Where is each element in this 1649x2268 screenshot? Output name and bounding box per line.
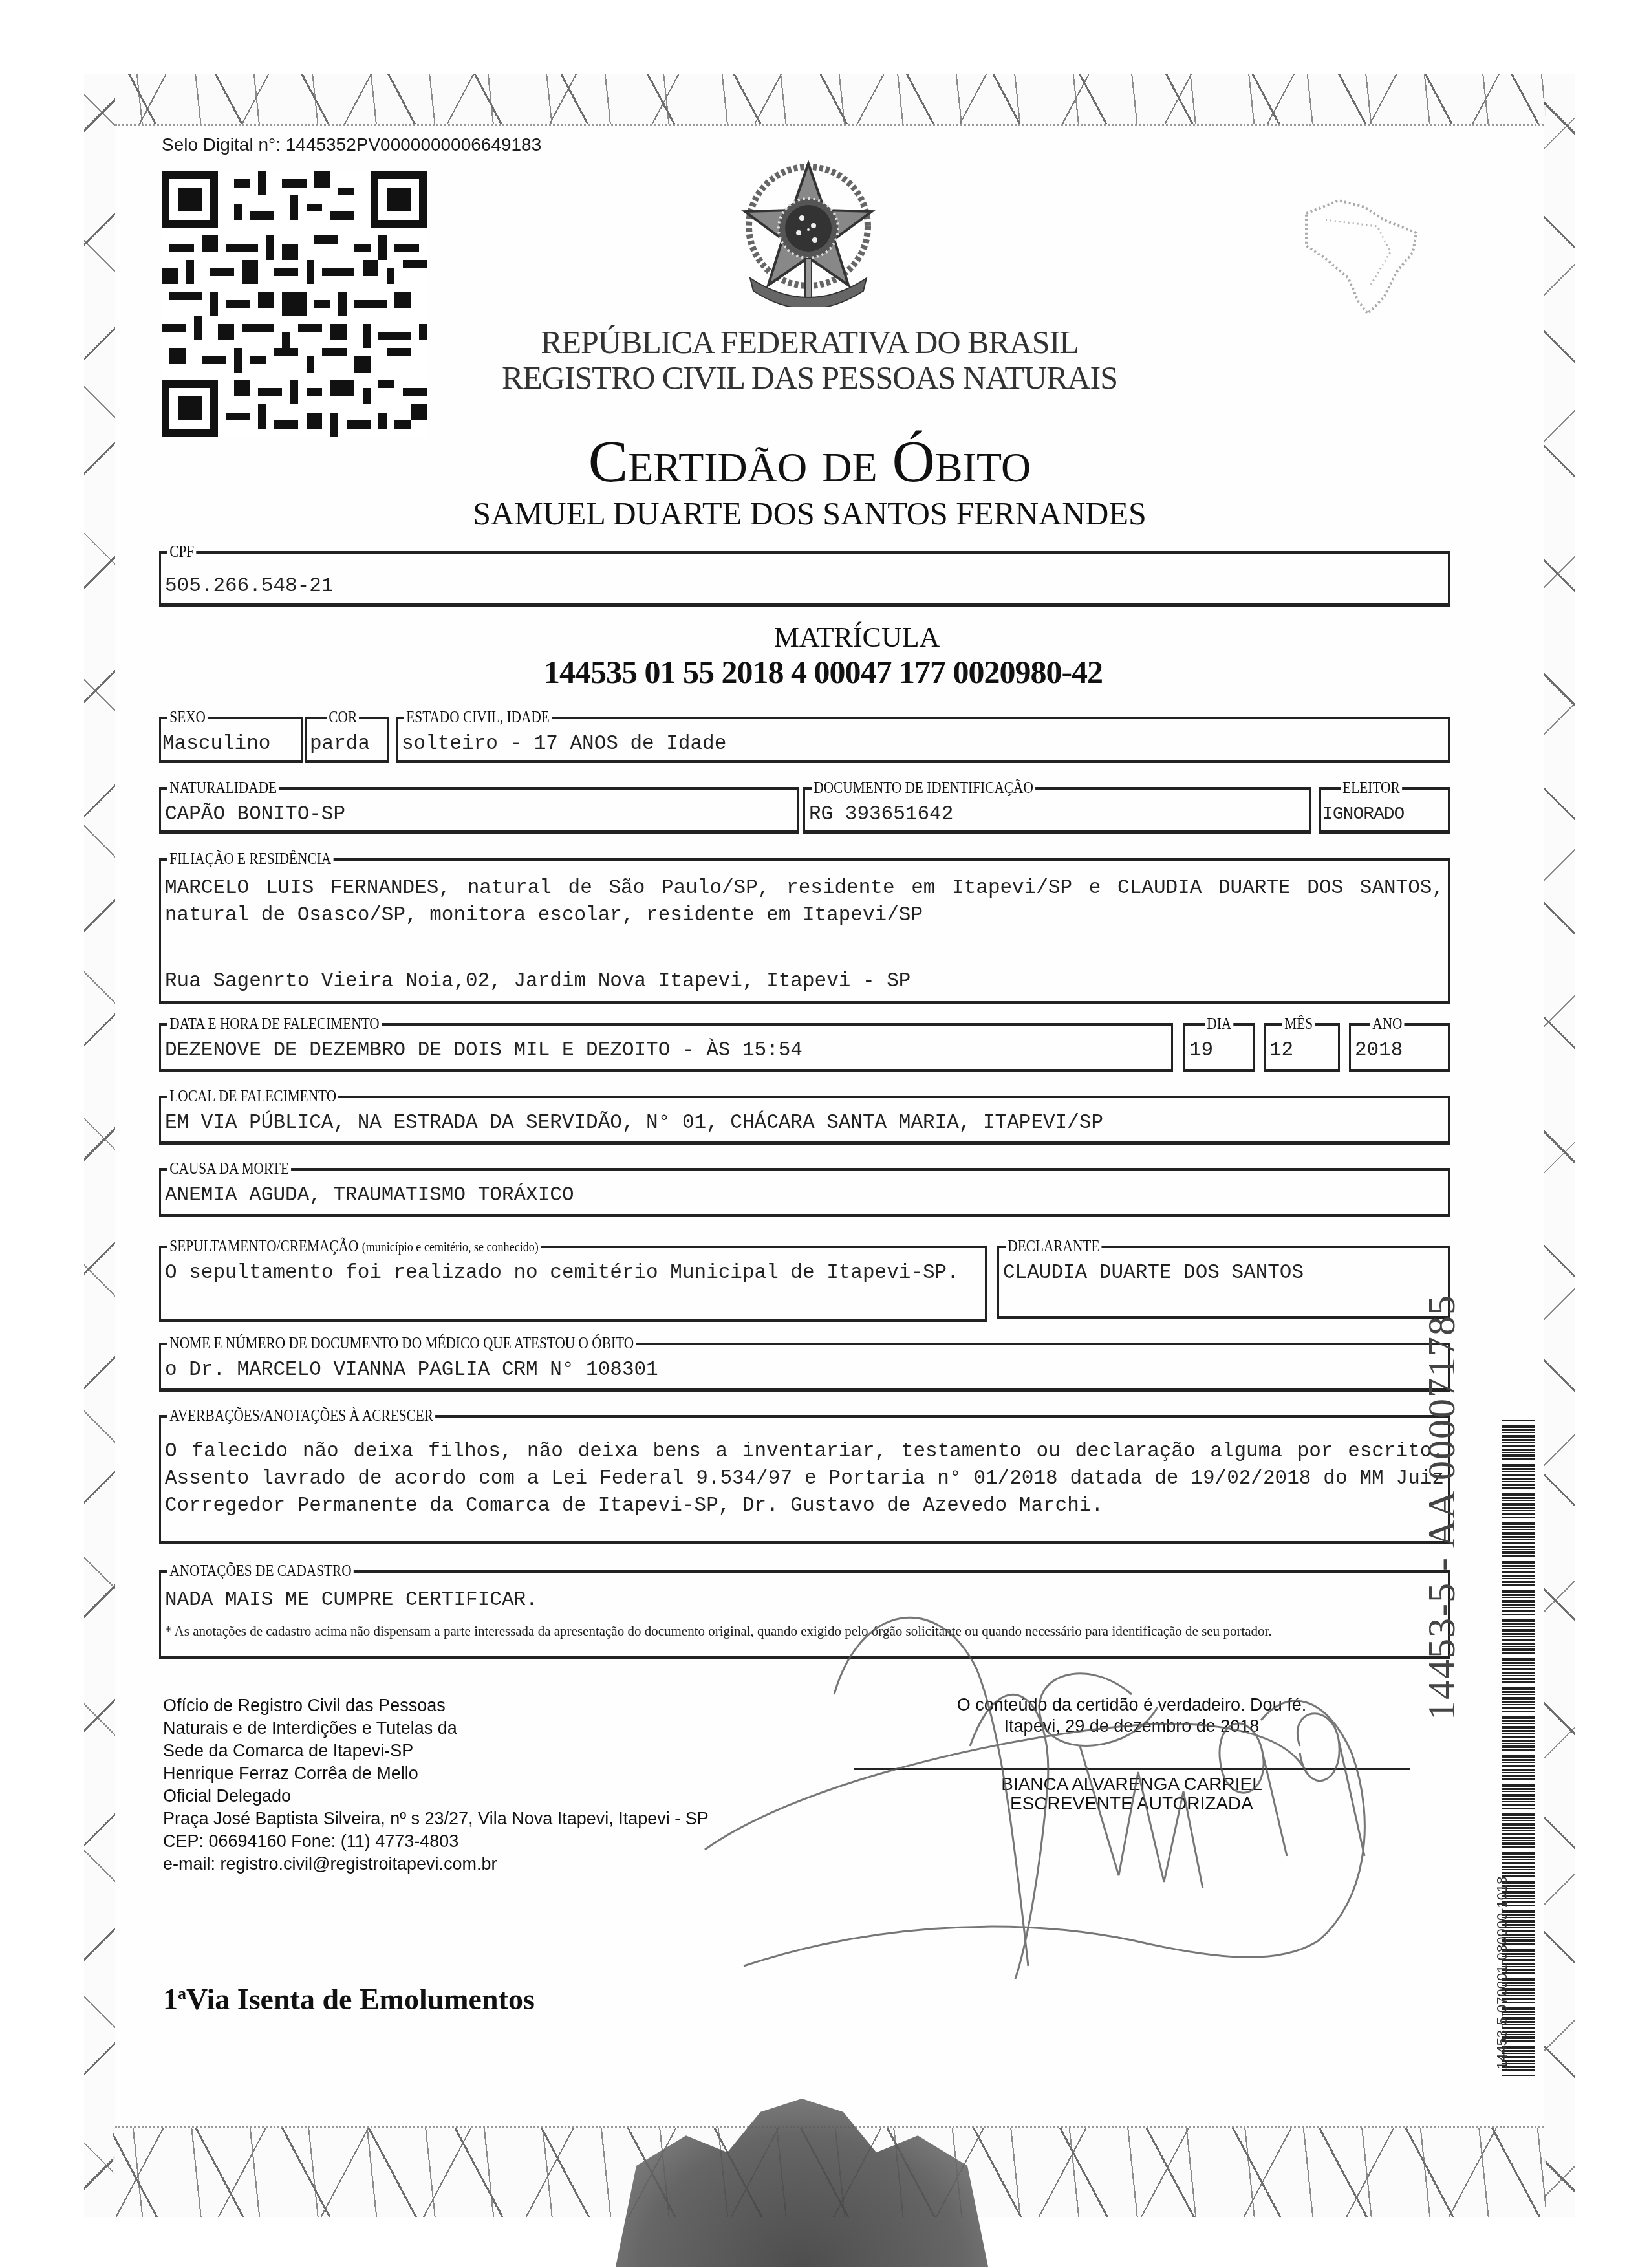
- declarante-field: DECLARANTE CLAUDIA DUARTE DOS SANTOS: [997, 1246, 1450, 1319]
- via-ordinal: a: [178, 1984, 186, 2003]
- data-hora-field: DATA E HORA DE FALECIMENTO DEZENOVE DE D…: [159, 1023, 1173, 1072]
- sexo-value: Masculino: [162, 731, 297, 758]
- medico-label: NOME E NÚMERO DE DOCUMENTO DO MÉDICO QUE…: [167, 1334, 636, 1353]
- office-line: Oficial Delegado: [163, 1785, 709, 1808]
- barcode-number: 14453-5-070001-080000-1018: [1494, 1837, 1511, 2069]
- eleitor-value: IGNORADO: [1322, 801, 1444, 828]
- causa-field: CAUSA DA MORTE ANEMIA AGUDA, TRAUMATISMO…: [159, 1168, 1450, 1217]
- guilloche-border-top: [113, 74, 1546, 126]
- office-line: CEP: 06694160 Fone: (11) 4773-4803: [163, 1830, 709, 1853]
- cpf-label: CPF: [167, 542, 196, 561]
- via-number: 1: [163, 1983, 178, 2016]
- paper-serial-number: 14453-5 - AA 000071785: [1419, 1268, 1464, 1720]
- qr-code-icon: [162, 171, 427, 437]
- registry-office-info: Ofício de Registro Civil das Pessoas Nat…: [163, 1694, 709, 1875]
- office-line: e-mail: registro.civil@registroitapevi.c…: [163, 1853, 709, 1875]
- documento-value: RG 393651642: [809, 801, 1306, 828]
- eleitor-label: ELEITOR: [1341, 778, 1402, 797]
- cadastro-note: * As anotações de cadastro acima não dis…: [165, 1622, 1444, 1640]
- sepultamento-label-text: SEPULTAMENTO/CREMAÇÃO: [169, 1237, 358, 1255]
- filiacao-field: FILIAÇÃO E RESIDÊNCIA MARCELO LUIS FERNA…: [159, 858, 1450, 1004]
- cpf-value: 505.266.548-21: [165, 573, 1444, 600]
- sepultamento-label: SEPULTAMENTO/CREMAÇÃO (município e cemit…: [167, 1237, 541, 1257]
- signer-role: ESCREVENTE AUTORIZADA: [854, 1794, 1410, 1813]
- signer-name: BIANCA ALVARENGA CARRIEL: [854, 1775, 1410, 1794]
- cpf-field: CPF 505.266.548-21: [159, 551, 1450, 607]
- ano-label: ANO: [1370, 1014, 1405, 1033]
- declarante-value: CLAUDIA DUARTE DOS SANTOS: [1003, 1260, 1444, 1287]
- naturalidade-label: NATURALIDADE: [167, 778, 279, 797]
- mes-label: MÊS: [1282, 1014, 1315, 1033]
- eleitor-field: ELEITOR IGNORADO: [1319, 787, 1450, 834]
- attestation: O conteúdo da certidão é verdadeiro. Dou…: [854, 1694, 1410, 1737]
- attestation-date: Itapevi, 29 de dezembro de 2018: [854, 1716, 1410, 1737]
- naturalidade-value: CAPÃO BONITO-SP: [165, 801, 793, 828]
- estado-civil-field: ESTADO CIVIL, IDADE solteiro - 17 ANOS d…: [396, 717, 1450, 763]
- cadastro-value: NADA MAIS ME CUMPRE CERTIFICAR.: [165, 1587, 1444, 1614]
- registry-heading: REGISTRO CIVIL DAS PESSOAS NATURAIS: [0, 359, 1634, 396]
- declarante-label: DECLARANTE: [1006, 1237, 1102, 1256]
- attestation-statement: O conteúdo da certidão é verdadeiro. Dou…: [854, 1694, 1410, 1716]
- averbacoes-label: AVERBAÇÕES/ANOTAÇÕES À ACRESCER: [167, 1406, 435, 1425]
- filiacao-address: Rua Sagenrto Vieira Noia,02, Jardim Nova…: [165, 968, 1444, 995]
- dia-label: DIA: [1205, 1014, 1233, 1033]
- sexo-label: SEXO: [167, 707, 208, 727]
- filiacao-label: FILIAÇÃO E RESIDÊNCIA: [167, 849, 333, 869]
- cadastro-field: ANOTAÇÕES DE CADASTRO NADA MAIS ME CUMPR…: [159, 1570, 1450, 1659]
- data-hora-value: DEZENOVE DE DEZEMBRO DE DOIS MIL E DEZOI…: [165, 1037, 1167, 1064]
- local-field: LOCAL DE FALECIMENTO EM VIA PÚBLICA, NA …: [159, 1096, 1450, 1145]
- filiacao-parents: MARCELO LUIS FERNANDES, natural de São P…: [165, 875, 1444, 929]
- brazil-map-watermark-icon: [1287, 188, 1429, 317]
- via-text: Via Isenta de Emolumentos: [186, 1983, 535, 2016]
- office-line: Sede da Comarca de Itapevi-SP: [163, 1740, 709, 1762]
- documento-field: DOCUMENTO DE IDENTIFICAÇÃO RG 393651642: [803, 787, 1311, 834]
- averbacoes-value: O falecido não deixa filhos, não deixa b…: [165, 1438, 1444, 1520]
- averbacoes-field: AVERBAÇÕES/ANOTAÇÕES À ACRESCER O faleci…: [159, 1415, 1450, 1544]
- mes-value: 12: [1269, 1037, 1334, 1064]
- ano-field: ANO 2018: [1349, 1023, 1450, 1072]
- causa-value: ANEMIA AGUDA, TRAUMATISMO TORÁXICO: [165, 1182, 1444, 1209]
- local-value: EM VIA PÚBLICA, NA ESTRADA DA SERVIDÃO, …: [165, 1110, 1444, 1137]
- dia-field: DIA 19: [1183, 1023, 1255, 1072]
- estado-civil-label: ESTADO CIVIL, IDADE: [404, 707, 552, 727]
- naturalidade-field: NATURALIDADE CAPÃO BONITO-SP: [159, 787, 799, 834]
- sepultamento-field: SEPULTAMENTO/CREMAÇÃO (município e cemit…: [159, 1246, 987, 1322]
- certificate-title: Certidão de Óbito: [0, 427, 1634, 495]
- first-copy-notice: 1aVia Isenta de Emolumentos: [163, 1982, 535, 2016]
- mes-field: MÊS 12: [1264, 1023, 1340, 1072]
- estado-civil-value: solteiro - 17 ANOS de Idade: [402, 731, 1444, 758]
- matricula-label: MATRÍCULA: [32, 621, 1649, 654]
- cor-label: COR: [327, 707, 359, 727]
- local-label: LOCAL DE FALECIMENTO: [167, 1086, 338, 1106]
- brazil-coat-of-arms-icon: [737, 158, 879, 307]
- sepultamento-value: O sepultamento foi realizado no cemitéri…: [165, 1260, 981, 1287]
- office-line: Praça José Baptista Silveira, nº s 23/27…: [163, 1808, 709, 1830]
- sepultamento-label-note: (município e cemitério, se conhecido): [362, 1238, 539, 1255]
- matricula-value: 144535 01 55 2018 4 00047 177 0020980-42: [0, 653, 1648, 691]
- medico-value: o Dr. MARCELO VIANNA PAGLIA CRM N° 10830…: [165, 1357, 1444, 1384]
- ano-value: 2018: [1355, 1037, 1444, 1064]
- office-line: Henrique Ferraz Corrêa de Mello: [163, 1762, 709, 1785]
- sexo-field: SEXO Masculino: [159, 717, 303, 763]
- dia-value: 19: [1189, 1037, 1249, 1064]
- causa-label: CAUSA DA MORTE: [167, 1159, 291, 1178]
- office-line: Ofício de Registro Civil das Pessoas: [163, 1694, 709, 1717]
- data-hora-label: DATA E HORA DE FALECIMENTO: [167, 1014, 382, 1033]
- deceased-name: SAMUEL DUARTE DOS SANTOS FERNANDES: [0, 495, 1634, 532]
- office-line: Naturais e de Interdições e Tutelas da: [163, 1717, 709, 1740]
- selo-digital: Selo Digital n°: 1445352PV00000000066491…: [162, 135, 541, 155]
- documento-label: DOCUMENTO DE IDENTIFICAÇÃO: [812, 778, 1035, 797]
- cor-value: parda: [310, 731, 383, 758]
- signer-block: BIANCA ALVARENGA CARRIEL ESCREVENTE AUTO…: [854, 1775, 1410, 1813]
- cor-field: COR parda: [305, 717, 389, 763]
- cadastro-label: ANOTAÇÕES DE CADASTRO: [167, 1561, 354, 1581]
- medico-field: NOME E NÚMERO DE DOCUMENTO DO MÉDICO QUE…: [159, 1343, 1450, 1392]
- republic-heading: REPÚBLICA FEDERATIVA DO BRASIL: [0, 323, 1634, 361]
- signature-line: [854, 1768, 1410, 1770]
